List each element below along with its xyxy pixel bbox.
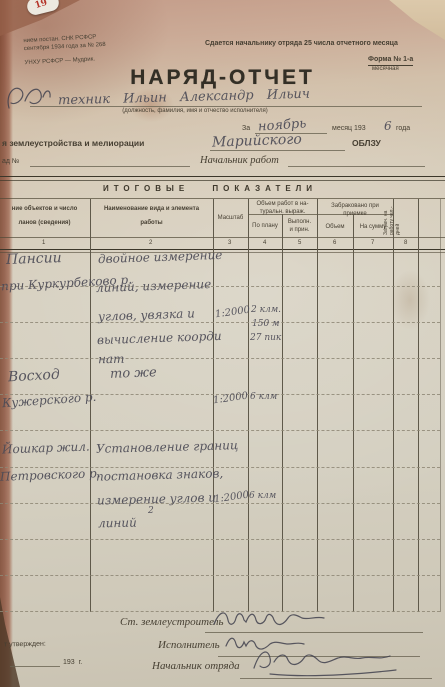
col-number: 4 xyxy=(263,240,266,248)
senior-surveyor-label: Ст. землеустроитель xyxy=(120,616,224,628)
row1-plan: 27 пик xyxy=(250,333,281,343)
col3-header: Масштаб xyxy=(214,215,247,223)
col5-header: Выполн. и прин. xyxy=(283,219,316,234)
za-label: За xyxy=(242,124,250,133)
col-number: 1 xyxy=(42,240,45,248)
row1-work: нат xyxy=(98,352,125,366)
row1-plan: 150 м xyxy=(252,319,280,329)
year-digit-handwritten: 6 xyxy=(384,119,392,133)
col-number: 3 xyxy=(228,240,231,248)
month-label: месяц 193 xyxy=(332,124,366,133)
paper-stain xyxy=(390,270,430,330)
col8-header: Затрач. на работу чел.-дней xyxy=(383,201,413,235)
senior-surveyor-signature xyxy=(212,608,332,632)
col6-header: Объем xyxy=(318,224,352,232)
col-number: 7 xyxy=(371,240,374,248)
col1-header: ние объектов и число ланов (сведения) xyxy=(1,206,88,227)
detachment-number-label: ад № xyxy=(2,157,19,166)
row3-plan: 6 клм xyxy=(249,491,276,501)
document-title: НАРЯД-ОТЧЕТ xyxy=(0,66,445,90)
margin-scrawl xyxy=(3,84,53,112)
table-band-title: ИТОГОВЫЕ ПОКАЗАТЕЛИ xyxy=(0,184,420,193)
col-number: 8 xyxy=(404,240,407,248)
row2-work: то же xyxy=(110,365,157,382)
detachment-chief-signature xyxy=(248,648,403,680)
row3-work: линий xyxy=(98,516,137,531)
col-number: 5 xyxy=(298,240,301,248)
submit-note: Сдается начальнику отряда 25 числа отчет… xyxy=(205,39,420,48)
col-number: 2 xyxy=(149,240,152,248)
year-label: года xyxy=(396,124,410,133)
col4-header: По плану xyxy=(249,223,281,231)
detachment-chief-label: Начальник отряда xyxy=(152,660,240,672)
year-line: 193 г. xyxy=(63,658,82,667)
row1-plan: 2 клм. xyxy=(251,305,281,315)
row1-object: Пансии xyxy=(6,250,62,268)
approved-label: т утвержден: xyxy=(4,640,46,650)
executor-caption: (должность, фамилия, имя и отчество испо… xyxy=(70,108,320,116)
group67-header: Забраковано при приемке xyxy=(318,203,392,218)
approval-stamp: нием постан. СНК РСФСР сентября 1934 год… xyxy=(23,34,106,68)
org-handwritten: Марийского xyxy=(212,131,302,150)
group45-header: Объем работ в на- туральн. выраж. xyxy=(249,201,316,216)
photo-of-document: 19 нием постан. СНК РСФСР сентября 1934 … xyxy=(0,0,445,687)
col2-header: Наименование вида и элемента работы xyxy=(92,206,211,227)
org-prefix: я землеустройства и мелиорации xyxy=(2,138,144,148)
executor-label: Исполнитель xyxy=(158,639,220,651)
archive-number: 19 xyxy=(34,0,49,11)
chief-of-works-label: Начальник работ xyxy=(200,155,279,166)
row2-plan: 6 клм xyxy=(250,392,277,402)
org-suffix: ОБЛЗУ xyxy=(352,138,381,148)
form-number: Форма № 1-а xyxy=(368,55,413,66)
row2-object: Восход xyxy=(8,367,61,386)
row3-note: 2 xyxy=(148,506,154,516)
col-number: 6 xyxy=(333,240,336,248)
